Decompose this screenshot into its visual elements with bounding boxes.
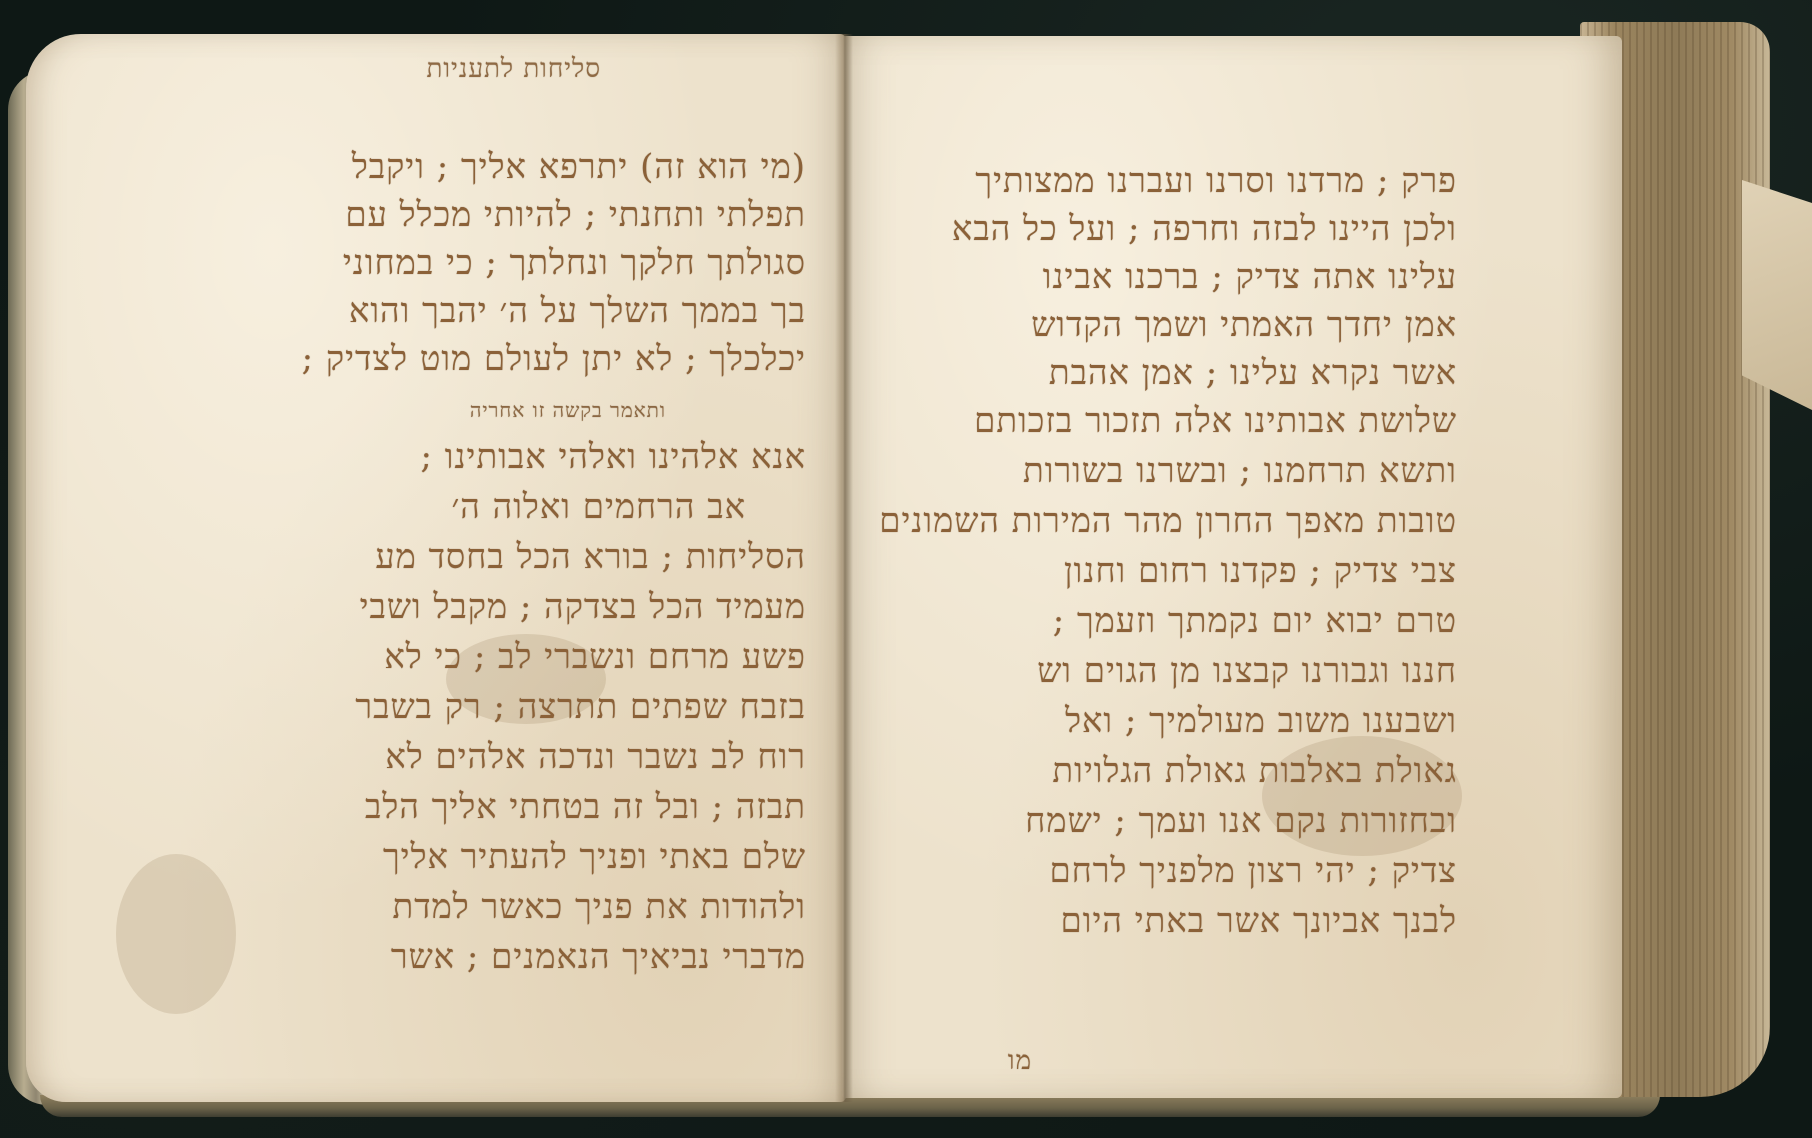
text-line: בזבח שפתים תתרצה ; רק בשבר xyxy=(355,690,806,724)
text-line: טרם יבוא יום נקמתך וזעמך ; xyxy=(1053,604,1457,638)
left-text-block: (מי הוא זה) יתרפא אליך ; ויקבל תפלתי ותח… xyxy=(186,150,806,1050)
text-line: חננו וגבורנו קבצנו מן הגוים וש xyxy=(1037,654,1457,688)
text-line: ותשא תרחמנו ; ובשרנו בשורות xyxy=(1023,454,1457,488)
text-line: ולכן היינו לבזה וחרפה ; ועל כל הבא xyxy=(952,212,1457,246)
text-line: אשר נקרא עלינו ; אמן אהבת xyxy=(1049,356,1457,390)
text-line: לבנך אביונך אשר באתי היום xyxy=(1061,904,1457,938)
text-line: ושבענו משוב מעולמיך ; ואל xyxy=(1065,704,1457,738)
right-page: פרק ; מרדנו וסרנו ועברנו ממצותיך ולכן הי… xyxy=(842,36,1622,1098)
text-line: פשע מרחם ונשברי לב ; כי לא xyxy=(384,640,806,674)
text-line: תפלתי ותחנתי ; להיותי מכלל עם xyxy=(345,198,806,232)
book-gutter xyxy=(835,34,853,1102)
text-line: רוח לב נשבר ונדכה אלהים לא xyxy=(385,740,806,774)
folio-text: מו xyxy=(1008,1048,1032,1074)
text-line: גאולת באלבות גאולת הגלויות xyxy=(1052,754,1457,788)
protruding-paper-flap xyxy=(1742,180,1812,410)
text-line: תבזה ; ובל זה בטחתי אליך הלב xyxy=(365,790,806,824)
text-line: מעמיד הכל בצדקה ; מקבל ושבי xyxy=(360,590,806,624)
running-header-text: סליחות לתעניות xyxy=(427,56,601,82)
folio-number: מו xyxy=(982,1048,1042,1082)
text-line: סגולתך חלקך ונחלתך ; כי במחוני xyxy=(343,246,806,280)
text-line: אנא אלהינו ואלהי אבותינו ; xyxy=(421,440,806,474)
text-line: צבי צדיק ; פקדנו רחום וחנון xyxy=(1064,554,1457,588)
text-line: עלינו אתה צדיק ; ברכנו אבינו xyxy=(1043,260,1457,294)
text-line: (מי הוא זה) יתרפא אליך ; ויקבל xyxy=(352,150,806,184)
text-line: הסליחות ; בורא הכל בחסד מע xyxy=(375,540,806,574)
text-line: ולהודות את פניך כאשר למדת xyxy=(393,890,806,924)
text-line: בך בממך השלך על ה׳ יהבך והוא xyxy=(349,294,806,328)
rubric-instruction: ותאמר בקשה זו אחריה xyxy=(470,400,666,420)
text-line: פרק ; מרדנו וסרנו ועברנו ממצותיך xyxy=(975,164,1457,198)
text-line: שלושת אבותינו אלה תזכור בזכותם xyxy=(974,404,1457,438)
text-line: שלם באתי ופניך להעתיר אליך xyxy=(383,840,806,874)
running-header: סליחות לתעניות xyxy=(201,56,601,96)
text-line: טובות מאפך החרון מהר המירות השמונים xyxy=(879,504,1457,538)
left-page: סליחות לתעניות (מי הוא זה) יתרפא אליך ; … xyxy=(26,34,846,1102)
text-line: אמן יחדך האמתי ושמך הקדוש xyxy=(1031,308,1457,342)
text-line: ובחזורות נקם אנו ועמך ; ישמח xyxy=(1025,804,1457,838)
text-line: צדיק ; יהי רצון מלפניך לרחם xyxy=(1049,854,1457,888)
text-line: יכלכלך ; לא יתן לעולם מוט לצדיק ; xyxy=(302,342,806,376)
text-line: מדברי נביאיך הנאמנים ; אשר xyxy=(391,940,806,974)
right-text-block: פרק ; מרדנו וסרנו ועברנו ממצותיך ולכן הי… xyxy=(857,164,1457,1064)
text-line: אב הרחמים ואלוה ה׳ xyxy=(451,490,746,524)
